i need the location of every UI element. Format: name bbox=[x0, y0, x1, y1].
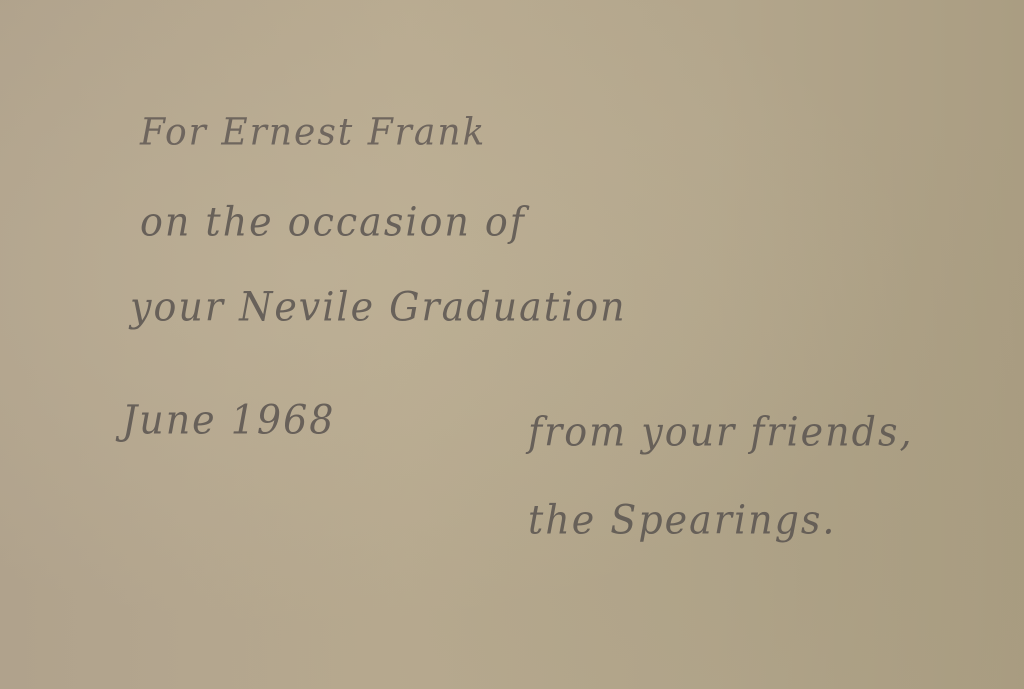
inscription-signature: the Spearings. bbox=[528, 497, 837, 543]
inscription-line-from: from your friends, bbox=[528, 409, 914, 455]
paper-background: For Ernest Frank on the occasion of your… bbox=[0, 0, 1024, 689]
inscription-line-recipient: For Ernest Frank bbox=[140, 111, 486, 154]
inscription-line-occasion: on the occasion of bbox=[140, 199, 526, 245]
inscription-date: June 1968 bbox=[122, 397, 335, 443]
inscription-line-graduation: your Nevile Graduation bbox=[130, 284, 627, 330]
